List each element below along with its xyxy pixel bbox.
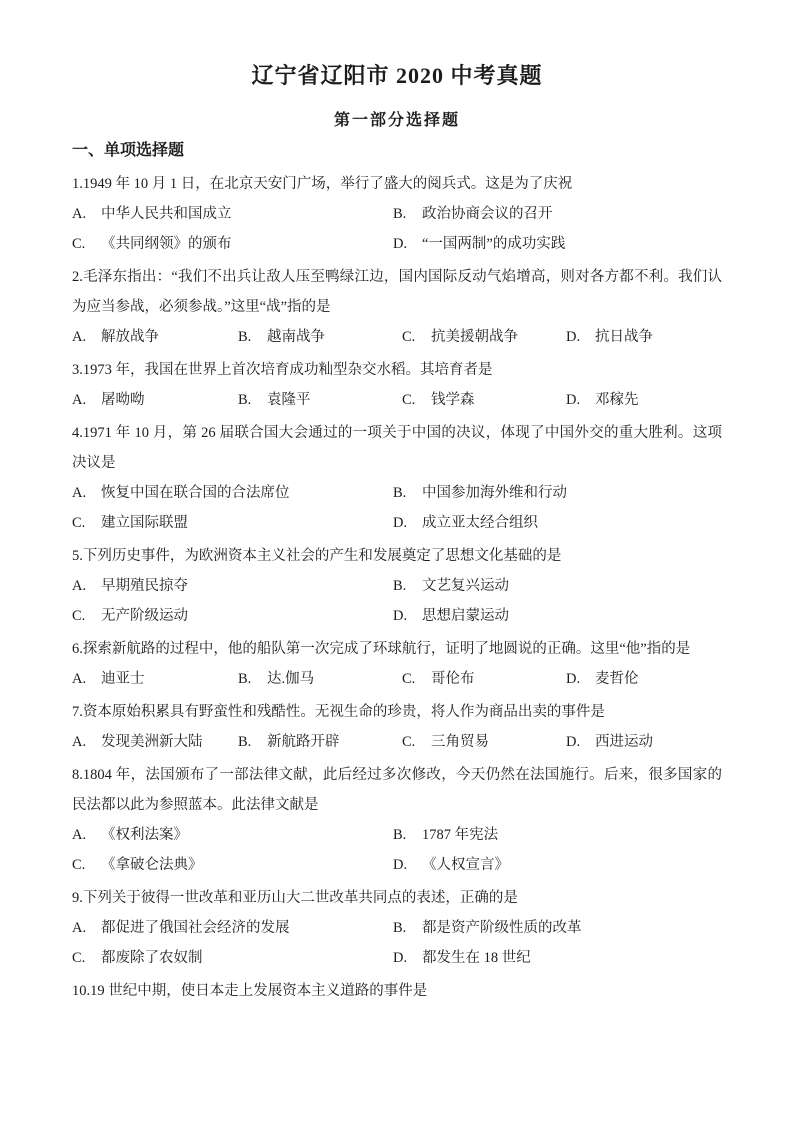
option-a: A.屠呦呦 <box>72 385 238 415</box>
question: 8.1804 年，法国颁布了一部法律文献，此后经过多次修改，今天仍然在法国施行。… <box>72 760 722 880</box>
option-d: D.邓稼先 <box>566 385 722 415</box>
option-label: D. <box>393 850 422 880</box>
option-label: C. <box>402 385 431 415</box>
option-text: 新航路开辟 <box>267 734 340 750</box>
option-label: D. <box>393 601 422 631</box>
options-row: A.《权利法案》B.1787 年宪法 <box>72 820 722 850</box>
option-c: C.都废除了农奴制 <box>72 943 393 973</box>
option-b: B.都是资产阶级性质的改革 <box>393 913 722 943</box>
option-b: B.新航路开辟 <box>238 727 402 757</box>
option-b: B.袁隆平 <box>238 385 402 415</box>
option-b: B.文艺复兴运动 <box>393 571 722 601</box>
option-label: A. <box>72 664 101 694</box>
exam-page: 辽宁省辽阳市 2020 中考真题 第一部分选择题 一、单项选择题 1.1949 … <box>0 0 793 1122</box>
option-text: 三角贸易 <box>431 734 489 750</box>
option-label: A. <box>72 820 101 850</box>
question-stem: 2.毛泽东指出：“我们不出兵让敌人压至鸭绿江边，国内国际反动气焰增高，则对各方都… <box>72 262 722 322</box>
option-text: 抗美援朝战争 <box>431 329 518 345</box>
option-b: B.1787 年宪法 <box>393 820 722 850</box>
options-row: A.早期殖民掠夺B.文艺复兴运动 <box>72 571 722 601</box>
option-c: C.《拿破仑法典》 <box>72 850 393 880</box>
option-label: B. <box>393 820 422 850</box>
option-a: A.《权利法案》 <box>72 820 393 850</box>
option-label: B. <box>393 913 422 943</box>
option-text: 麦哲伦 <box>595 671 639 687</box>
options-row: C.都废除了农奴制D.都发生在 18 世纪 <box>72 943 722 973</box>
question: 6.探索新航路的过程中，他的船队第一次完成了环球航行，证明了地圆说的正确。这里“… <box>72 634 722 694</box>
option-label: D. <box>566 664 595 694</box>
option-text: 《人权宣言》 <box>422 857 509 873</box>
question-stem: 7.资本原始积累具有野蛮性和残酷性。无视生命的珍贵，将人作为商品出卖的事件是 <box>72 697 722 727</box>
option-b: B.政治协商会议的召开 <box>393 199 722 229</box>
option-a: A.迪亚士 <box>72 664 238 694</box>
option-d: D.西进运动 <box>566 727 722 757</box>
option-text: 都促进了俄国社会经济的发展 <box>101 920 290 936</box>
question-stem: 6.探索新航路的过程中，他的船队第一次完成了环球航行，证明了地圆说的正确。这里“… <box>72 634 722 664</box>
option-label: D. <box>393 508 422 538</box>
option-text: “一国两制”的成功实践 <box>422 236 565 252</box>
options-row: A.解放战争B.越南战争C.抗美援朝战争D.抗日战争 <box>72 322 722 352</box>
options-row: A.屠呦呦B.袁隆平C.钱学森D.邓稼先 <box>72 385 722 415</box>
option-label: A. <box>72 913 101 943</box>
option-text: 思想启蒙运动 <box>422 608 509 624</box>
option-b: B.达.伽马 <box>238 664 402 694</box>
question: 3.1973 年，我国在世界上首次培育成功籼型杂交水稻。其培育者是A.屠呦呦B.… <box>72 355 722 415</box>
question-stem: 4.1971 年 10 月，第 26 届联合国大会通过的一项关于中国的决议，体现… <box>72 418 722 478</box>
option-c: C.钱学森 <box>402 385 566 415</box>
question-stem: 1.1949 年 10 月 1 日，在北京天安门广场，举行了盛大的阅兵式。这是为… <box>72 169 722 199</box>
question-stem: 8.1804 年，法国颁布了一部法律文献，此后经过多次修改，今天仍然在法国施行。… <box>72 760 722 820</box>
option-label: C. <box>402 322 431 352</box>
option-label: B. <box>238 664 267 694</box>
option-label: C. <box>72 850 101 880</box>
option-b: B.越南战争 <box>238 322 402 352</box>
option-b: B.中国参加海外维和行动 <box>393 478 722 508</box>
option-c: C.三角贸易 <box>402 727 566 757</box>
option-label: B. <box>393 199 422 229</box>
question-stem: 5.下列历史事件，为欧洲资本主义社会的产生和发展奠定了思想文化基础的是 <box>72 541 722 571</box>
options-row: A.都促进了俄国社会经济的发展B.都是资产阶级性质的改革 <box>72 913 722 943</box>
option-a: A.中华人民共和国成立 <box>72 199 393 229</box>
question: 9.下列关于彼得一世改革和亚历山大二世改革共同点的表述，正确的是A.都促进了俄国… <box>72 883 722 973</box>
option-text: 无产阶级运动 <box>101 608 188 624</box>
option-c: C.《共同纲领》的颁布 <box>72 229 393 259</box>
question-stem: 10.19 世纪中期，使日本走上发展资本主义道路的事件是 <box>72 976 722 1006</box>
options-row: A.发现美洲新大陆B.新航路开辟C.三角贸易D.西进运动 <box>72 727 722 757</box>
option-label: D. <box>566 385 595 415</box>
option-c: C.抗美援朝战争 <box>402 322 566 352</box>
option-text: 迪亚士 <box>101 671 145 687</box>
options-row: C.《拿破仑法典》D.《人权宣言》 <box>72 850 722 880</box>
option-d: D.麦哲伦 <box>566 664 722 694</box>
option-d: D.都发生在 18 世纪 <box>393 943 722 973</box>
option-label: D. <box>566 727 595 757</box>
option-text: 文艺复兴运动 <box>422 578 509 594</box>
question: 7.资本原始积累具有野蛮性和残酷性。无视生命的珍贵，将人作为商品出卖的事件是A.… <box>72 697 722 757</box>
option-a: A.恢复中国在联合国的合法席位 <box>72 478 393 508</box>
options-row: A.恢复中国在联合国的合法席位B.中国参加海外维和行动 <box>72 478 722 508</box>
option-text: 都废除了农奴制 <box>101 950 203 966</box>
option-label: A. <box>72 571 101 601</box>
option-text: 西进运动 <box>595 734 653 750</box>
option-d: D.思想启蒙运动 <box>393 601 722 631</box>
option-a: A.解放战争 <box>72 322 238 352</box>
option-label: D. <box>566 322 595 352</box>
option-label: A. <box>72 727 101 757</box>
option-d: D.抗日战争 <box>566 322 722 352</box>
questions-list: 1.1949 年 10 月 1 日，在北京天安门广场，举行了盛大的阅兵式。这是为… <box>72 169 722 1006</box>
options-row: C.建立国际联盟D.成立亚太经合组织 <box>72 508 722 538</box>
option-label: A. <box>72 478 101 508</box>
option-label: A. <box>72 385 101 415</box>
question-stem: 9.下列关于彼得一世改革和亚历山大二世改革共同点的表述，正确的是 <box>72 883 722 913</box>
option-text: 成立亚太经合组织 <box>422 515 538 531</box>
option-label: C. <box>72 229 101 259</box>
option-label: B. <box>393 478 422 508</box>
option-text: 建立国际联盟 <box>101 515 188 531</box>
option-label: A. <box>72 322 101 352</box>
options-row: C.无产阶级运动D.思想启蒙运动 <box>72 601 722 631</box>
option-text: 发现美洲新大陆 <box>101 734 203 750</box>
option-c: C.建立国际联盟 <box>72 508 393 538</box>
option-text: 钱学森 <box>431 392 475 408</box>
option-text: 袁隆平 <box>267 392 311 408</box>
question-stem: 3.1973 年，我国在世界上首次培育成功籼型杂交水稻。其培育者是 <box>72 355 722 385</box>
option-label: C. <box>72 601 101 631</box>
option-text: 屠呦呦 <box>101 392 145 408</box>
option-c: C.无产阶级运动 <box>72 601 393 631</box>
question: 1.1949 年 10 月 1 日，在北京天安门广场，举行了盛大的阅兵式。这是为… <box>72 169 722 259</box>
question: 5.下列历史事件，为欧洲资本主义社会的产生和发展奠定了思想文化基础的是A.早期殖… <box>72 541 722 631</box>
option-text: 都发生在 18 世纪 <box>422 950 531 966</box>
option-label: C. <box>402 727 431 757</box>
options-row: A.中华人民共和国成立B.政治协商会议的召开 <box>72 199 722 229</box>
options-row: C.《共同纲领》的颁布D.“一国两制”的成功实践 <box>72 229 722 259</box>
option-label: C. <box>72 943 101 973</box>
option-label: C. <box>72 508 101 538</box>
option-label: B. <box>238 385 267 415</box>
section-heading: 一、单项选择题 <box>72 136 722 166</box>
option-text: 恢复中国在联合国的合法席位 <box>101 485 290 501</box>
part-heading: 第一部分选择题 <box>72 108 722 134</box>
option-label: A. <box>72 199 101 229</box>
option-label: B. <box>238 322 267 352</box>
option-text: 《权利法案》 <box>101 827 188 843</box>
option-label: B. <box>238 727 267 757</box>
option-a: A.都促进了俄国社会经济的发展 <box>72 913 393 943</box>
question: 10.19 世纪中期，使日本走上发展资本主义道路的事件是 <box>72 976 722 1006</box>
options-row: A.迪亚士B.达.伽马C.哥伦布D.麦哲伦 <box>72 664 722 694</box>
option-text: 越南战争 <box>267 329 325 345</box>
option-text: 1787 年宪法 <box>422 827 498 843</box>
option-text: 抗日战争 <box>595 329 653 345</box>
option-d: D.《人权宣言》 <box>393 850 722 880</box>
option-text: 邓稼先 <box>595 392 639 408</box>
option-text: 中国参加海外维和行动 <box>422 485 567 501</box>
option-text: 《拿破仑法典》 <box>101 857 203 873</box>
page-title: 辽宁省辽阳市 2020 中考真题 <box>72 59 722 93</box>
option-a: A.发现美洲新大陆 <box>72 727 238 757</box>
option-d: D.成立亚太经合组织 <box>393 508 722 538</box>
option-c: C.哥伦布 <box>402 664 566 694</box>
option-text: 达.伽马 <box>267 671 314 687</box>
option-text: 哥伦布 <box>431 671 475 687</box>
option-label: D. <box>393 943 422 973</box>
option-label: C. <box>402 664 431 694</box>
option-text: 都是资产阶级性质的改革 <box>422 920 582 936</box>
option-label: D. <box>393 229 422 259</box>
option-text: 政治协商会议的召开 <box>422 206 553 222</box>
option-text: 《共同纲领》的颁布 <box>101 236 232 252</box>
option-label: B. <box>393 571 422 601</box>
option-a: A.早期殖民掠夺 <box>72 571 393 601</box>
option-d: D.“一国两制”的成功实践 <box>393 229 722 259</box>
option-text: 中华人民共和国成立 <box>101 206 232 222</box>
option-text: 早期殖民掠夺 <box>101 578 188 594</box>
question: 2.毛泽东指出：“我们不出兵让敌人压至鸭绿江边，国内国际反动气焰增高，则对各方都… <box>72 262 722 352</box>
question: 4.1971 年 10 月，第 26 届联合国大会通过的一项关于中国的决议，体现… <box>72 418 722 538</box>
option-text: 解放战争 <box>101 329 159 345</box>
